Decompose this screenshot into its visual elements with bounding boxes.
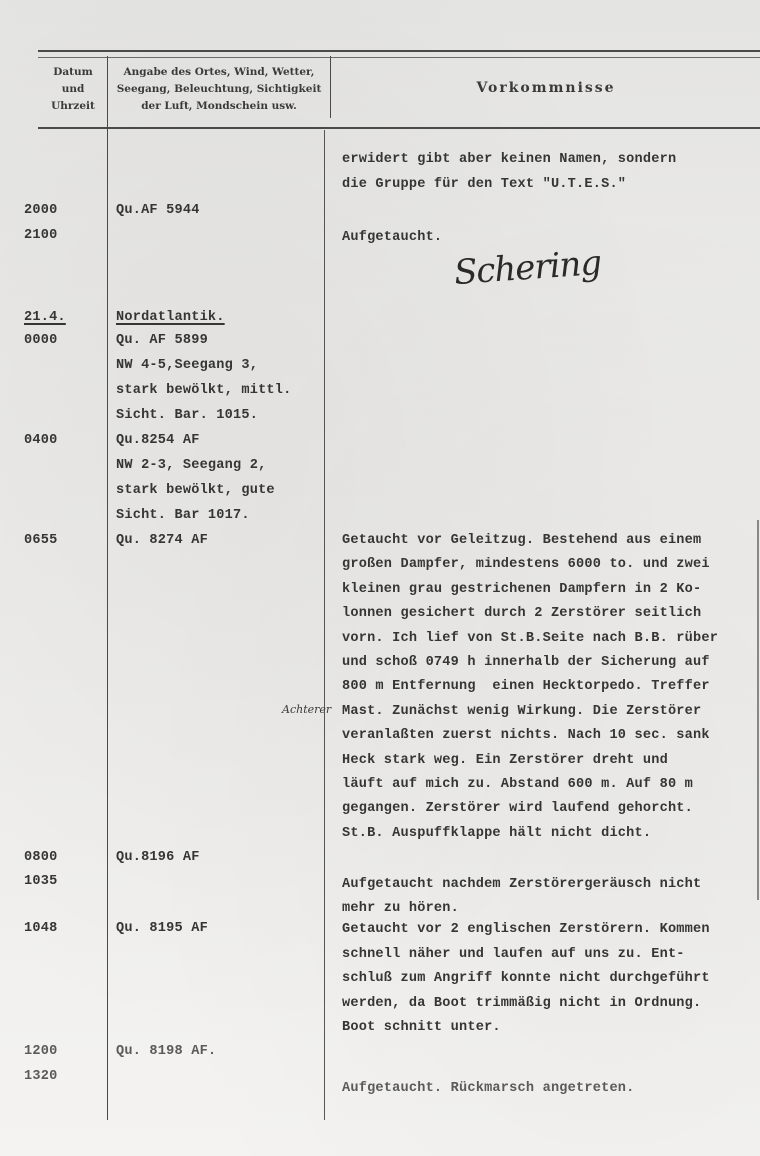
event-text: vorn. Ich lief von St.B.Seite nach B.B. … (342, 631, 718, 646)
place-entry: stark bewölkt, gute (116, 483, 275, 498)
event-text: großen Dampfer, mindestens 6000 to. und … (342, 557, 710, 572)
event-text: Getaucht vor Geleitzug. Bestehend aus ei… (342, 533, 701, 548)
time-entry: 0655 (24, 533, 57, 548)
place-entry: Qu. 8274 AF (116, 533, 208, 548)
event-text: gegangen. Zerstörer wird laufend gehorch… (342, 801, 693, 816)
time-entry: 1200 (24, 1044, 57, 1059)
time-entry: 0000 (24, 333, 57, 348)
margin-note: Achterer (282, 703, 331, 716)
page-edge (757, 520, 759, 900)
column-divider-2-header (330, 56, 331, 118)
header-place-line: Angabe des Ortes, Wind, Wetter, (109, 64, 329, 81)
top-rule (38, 50, 760, 58)
place-entry: NW 2-3, Seegang 2, (116, 458, 266, 473)
event-text: Mast. Zunächst wenig Wirkung. Die Zerstö… (342, 704, 701, 719)
event-text: läuft auf mich zu. Abstand 600 m. Auf 80… (342, 777, 693, 792)
date-entry: 21.4. (24, 310, 66, 325)
column-divider-1 (107, 56, 108, 1120)
place-entry: Sicht. Bar 1017. (116, 508, 250, 523)
time-entry: 2000 (24, 203, 57, 218)
place-entry: Sicht. Bar. 1015. (116, 408, 258, 423)
time-entry: 0400 (24, 433, 57, 448)
event-text: Aufgetaucht nachdem Zerstörergeräusch ni… (342, 877, 701, 892)
event-text: Aufgetaucht. (342, 230, 442, 245)
event-text: Heck stark weg. Ein Zerstörer dreht und (342, 753, 668, 768)
place-entry: Qu.8254 AF (116, 433, 200, 448)
event-text: die Gruppe für den Text "U.T.E.S." (342, 177, 626, 192)
event-text: mehr zu hören. (342, 901, 459, 916)
signature: Schering (453, 243, 603, 293)
event-text: St.B. Auspuffklappe hält nicht dicht. (342, 826, 651, 841)
header-place-line: Seegang, Beleuchtung, Sichtigkeit (109, 81, 329, 98)
event-text: erwidert gibt aber keinen Namen, sondern (342, 152, 676, 167)
event-text: 800 m Entfernung einen Hecktorpedo. Tref… (342, 679, 710, 694)
time-entry: 2100 (24, 228, 57, 243)
header-events: Vorkommnisse (332, 80, 760, 96)
event-text: schnell näher und laufen auf uns zu. Ent… (342, 947, 685, 962)
place-entry: NW 4-5,Seegang 3, (116, 358, 258, 373)
time-entry: 0800 (24, 850, 57, 865)
time-entry: 1048 (24, 921, 57, 936)
header-date-time: Datum und Uhrzeit (40, 64, 106, 115)
time-entry: 1035 (24, 874, 57, 889)
header-location-weather: Angabe des Ortes, Wind, Wetter, Seegang,… (109, 64, 329, 115)
event-text: und schoß 0749 h innerhalb der Sicherung… (342, 655, 710, 670)
place-entry: Qu.8196 AF (116, 850, 200, 865)
header-date-line: Datum (40, 64, 106, 81)
event-text: schluß zum Angriff konnte nicht durchgef… (342, 971, 710, 986)
event-text: Boot schnitt unter. (342, 1020, 501, 1035)
event-text: veranlaßten zuerst nichts. Nach 10 sec. … (342, 728, 710, 743)
place-entry: Qu. 8198 AF. (116, 1044, 216, 1059)
header-date-line: Uhrzeit (40, 98, 106, 115)
event-text: werden, da Boot trimmäßig nicht in Ordnu… (342, 996, 701, 1011)
war-diary-page: Datum und Uhrzeit Angabe des Ortes, Wind… (0, 0, 760, 1156)
sea-area: Nordatlantik. (116, 310, 225, 325)
event-text: Aufgetaucht. Rückmarsch angetreten. (342, 1081, 635, 1096)
event-text: lonnen gesichert durch 2 Zerstörer seitl… (342, 606, 701, 621)
place-entry: stark bewölkt, mittl. (116, 383, 292, 398)
event-text: Getaucht vor 2 englischen Zerstörern. Ko… (342, 922, 710, 937)
place-entry: Qu. AF 5899 (116, 333, 208, 348)
event-text: kleinen grau gestrichenen Dampfern in 2 … (342, 582, 701, 597)
column-divider-2 (324, 130, 325, 1120)
place-entry: Qu.AF 5944 (116, 203, 200, 218)
time-entry: 1320 (24, 1069, 57, 1084)
header-bottom-rule (38, 127, 760, 132)
place-entry: Qu. 8195 AF (116, 921, 208, 936)
header-date-line: und (40, 81, 106, 98)
header-place-line: der Luft, Mondschein usw. (109, 98, 329, 115)
